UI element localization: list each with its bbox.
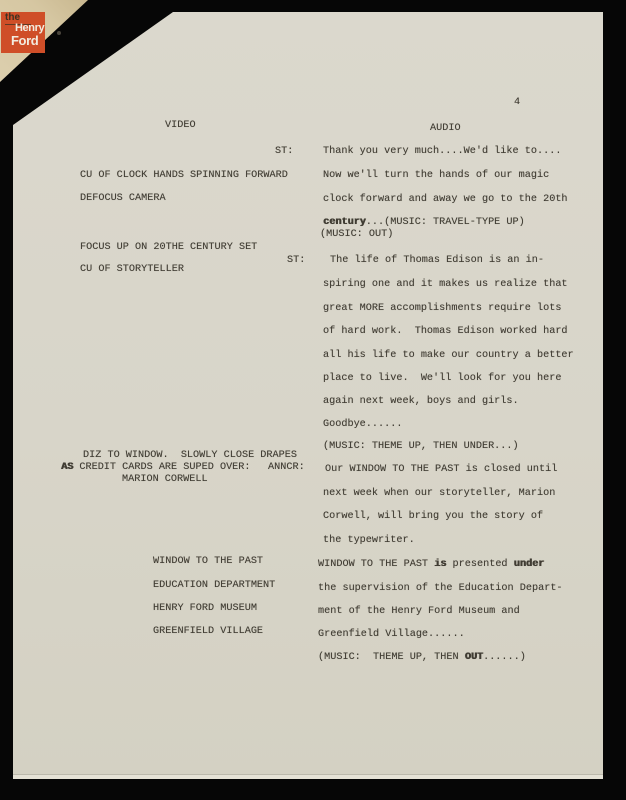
text-run: VIDEO <box>165 120 196 131</box>
script-line: MARION CORWELL <box>122 474 208 486</box>
script-line: DEFOCUS CAMERA <box>80 193 166 205</box>
text-run: DIZ TO WINDOW. SLOWLY CLOSE DRAPES <box>83 450 297 461</box>
text-run: EDUCATION DEPARTMENT <box>153 580 275 591</box>
column-header-audio: AUDIO <box>430 123 461 135</box>
text-run: CU OF STORYTELLER <box>80 264 184 275</box>
text-run: ment of the Henry Ford Museum and <box>318 606 520 617</box>
overstruck-text: century <box>323 217 366 228</box>
text-run: FOCUS UP ON 20THE CENTURY SET <box>80 242 257 253</box>
text-run: of hard work. Thomas Edison worked hard <box>323 326 568 337</box>
script-line: Greenfield Village...... <box>318 629 465 641</box>
column-header-video: VIDEO <box>165 120 196 132</box>
text-run: ...(MUSIC: TRAVEL-TYPE UP) <box>366 217 525 228</box>
text-run: WINDOW TO THE PAST <box>153 556 263 567</box>
script-line: WINDOW TO THE PAST <box>153 556 263 568</box>
speaker-label: ANNCR: <box>268 462 305 474</box>
script-line: (MUSIC: OUT) <box>320 229 393 241</box>
text-run: Now we'll turn the hands of our magic <box>323 170 549 181</box>
text-run: again next week, boys and girls. <box>323 396 519 407</box>
text-run: ST: <box>275 146 293 157</box>
text-run: ANNCR: <box>268 462 305 473</box>
script-line: Now we'll turn the hands of our magic <box>323 170 549 182</box>
text-run: next week when our storyteller, Marion <box>323 488 555 499</box>
script-line: the typewriter. <box>323 535 415 547</box>
text-run: Corwell, will bring you the story of <box>323 511 543 522</box>
script-line: the supervision of the Education Depart- <box>318 583 563 595</box>
script-line: ment of the Henry Ford Museum and <box>318 606 520 618</box>
script-line: Our WINDOW TO THE PAST is closed until <box>325 464 557 476</box>
script-line: GREENFIELD VILLAGE <box>153 626 263 638</box>
overstruck-text: AS <box>61 462 73 473</box>
script-line: spiring one and it makes us realize that <box>323 279 568 291</box>
script-line: Corwell, will bring you the story of <box>323 511 543 523</box>
text-run: WINDOW TO THE PAST <box>318 559 434 570</box>
text-run: clock forward and away we go to the 20th <box>323 194 568 205</box>
script-line: place to live. We'll look for you here <box>323 373 561 385</box>
text-run: MARION CORWELL <box>122 474 208 485</box>
text-run: the supervision of the Education Depart- <box>318 583 563 594</box>
text-run: DEFOCUS CAMERA <box>80 193 166 204</box>
text-run: (MUSIC: THEME UP, THEN <box>318 652 465 663</box>
script-line: DIZ TO WINDOW. SLOWLY CLOSE DRAPES <box>83 450 297 462</box>
text-run: spiring one and it makes us realize that <box>323 279 568 290</box>
overstruck-text: under <box>514 559 545 570</box>
speaker-label: ST: <box>287 255 305 267</box>
script-line: HENRY FORD MUSEUM <box>153 603 257 615</box>
script-line: The life of Thomas Edison is an in- <box>330 255 544 267</box>
script-line: century...(MUSIC: TRAVEL-TYPE UP) <box>323 217 525 229</box>
script-line: Goodbye...... <box>323 419 402 431</box>
text-run: presented <box>446 559 513 570</box>
overstruck-text: is <box>434 559 446 570</box>
script-line: of hard work. Thomas Edison worked hard <box>323 326 568 338</box>
script-line: great MORE accomplishments require lots <box>323 303 561 315</box>
script-line: clock forward and away we go to the 20th <box>323 194 568 206</box>
text-run: (MUSIC: OUT) <box>320 229 393 240</box>
overstruck-text: OUT <box>465 652 483 663</box>
script-line: CU OF STORYTELLER <box>80 264 184 276</box>
script-line: again next week, boys and girls. <box>323 396 519 408</box>
script-line: FOCUS UP ON 20THE CENTURY SET <box>80 242 257 254</box>
text-run: Greenfield Village...... <box>318 629 465 640</box>
text-run: Thank you very much....We'd like to.... <box>323 146 561 157</box>
text-run: Goodbye...... <box>323 419 402 430</box>
text-run: CREDIT CARDS ARE SUPED OVER: <box>73 462 250 473</box>
script-line: AS CREDIT CARDS ARE SUPED OVER: <box>61 462 251 474</box>
text-run: all his life to make our country a bette… <box>323 350 574 361</box>
script-line: (MUSIC: THEME UP, THEN OUT......) <box>318 652 526 664</box>
text-run: ......) <box>483 652 526 663</box>
text-run: 4 <box>514 97 520 108</box>
speaker-label: ST: <box>275 146 293 158</box>
script-line: next week when our storyteller, Marion <box>323 488 555 500</box>
page-number: 4 <box>514 97 520 109</box>
scanned-script-photo: the Henry Ford 4VIDEOAUDIOST:Thank you v… <box>0 0 626 800</box>
text-run: AUDIO <box>430 123 461 134</box>
text-run: (MUSIC: THEME UP, THEN UNDER...) <box>323 441 519 452</box>
text-run: place to live. We'll look for you here <box>323 373 561 384</box>
script-line: EDUCATION DEPARTMENT <box>153 580 275 592</box>
text-run: CU OF CLOCK HANDS SPINNING FORWARD <box>80 170 288 181</box>
script-line: (MUSIC: THEME UP, THEN UNDER...) <box>323 441 519 453</box>
text-run: HENRY FORD MUSEUM <box>153 603 257 614</box>
text-run: the typewriter. <box>323 535 415 546</box>
script-line: all his life to make our country a bette… <box>323 350 574 362</box>
script-line: Thank you very much....We'd like to.... <box>323 146 561 158</box>
text-run: The life of Thomas Edison is an in- <box>330 255 544 266</box>
text-layer: 4VIDEOAUDIOST:Thank you very much....We'… <box>0 0 626 800</box>
script-line: CU OF CLOCK HANDS SPINNING FORWARD <box>80 170 288 182</box>
text-run: Our WINDOW TO THE PAST is closed until <box>325 464 557 475</box>
text-run: GREENFIELD VILLAGE <box>153 626 263 637</box>
script-line: WINDOW TO THE PAST is presented under <box>318 559 544 571</box>
text-run: great MORE accomplishments require lots <box>323 303 561 314</box>
text-run: ST: <box>287 255 305 266</box>
